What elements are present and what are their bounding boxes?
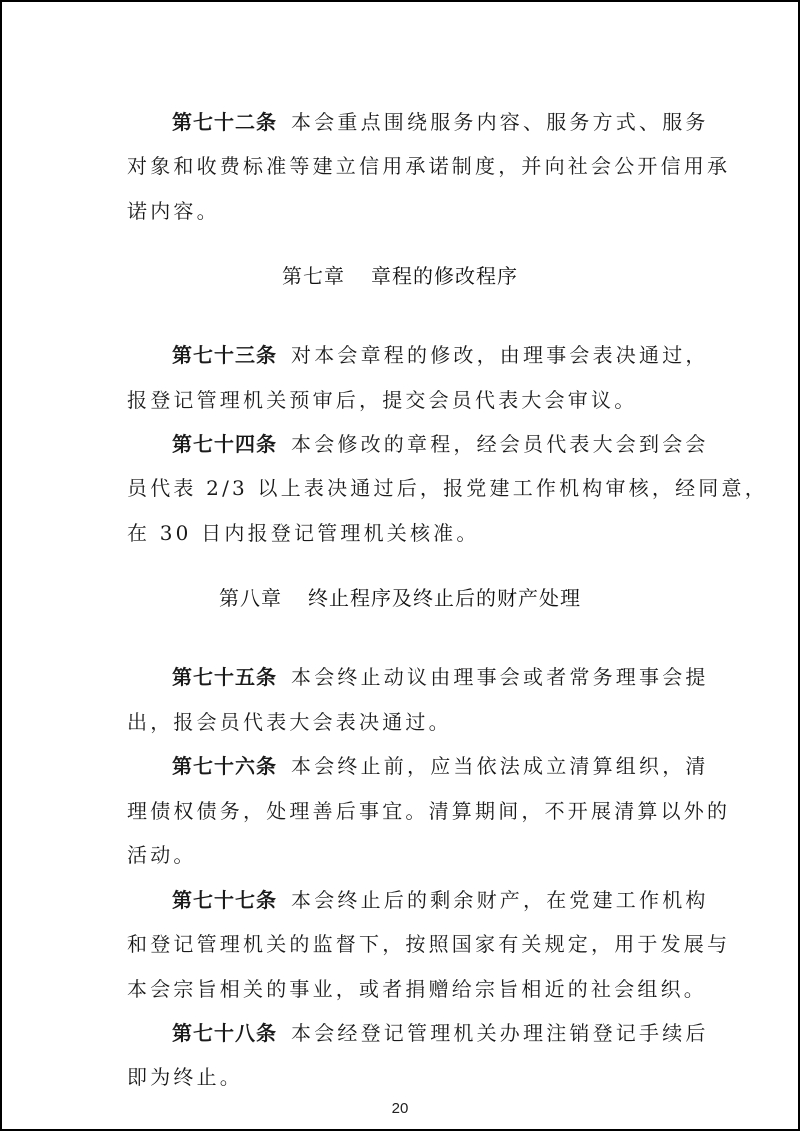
- article-72-line-2: 对象和收费标准等建立信用承诺制度，并向社会公开信用承: [127, 154, 682, 178]
- article-72-line-3: 诺内容。: [127, 199, 682, 223]
- article-number: 第七十六条: [172, 754, 277, 778]
- article-73-line-2: 报登记管理机关预审后，提交会员代表大会审议。: [127, 388, 682, 412]
- chapter-heading-8: 第八章终止程序及终止后的财产处理: [2, 586, 798, 610]
- article-73-line-1: 第七十三条对本会章程的修改，由理事会表决通过，: [172, 343, 682, 367]
- article-72-line-1: 第七十二条本会重点围绕服务内容、服务方式、服务: [172, 110, 682, 134]
- article-74-line-1: 第七十四条本会修改的章程，经会员代表大会到会会: [172, 432, 682, 456]
- article-76-line-2: 理债权债务，处理善后事宜。清算期间，不开展清算以外的: [127, 799, 682, 823]
- article-number: 第七十七条: [172, 888, 277, 912]
- article-77-line-2: 和登记管理机关的监督下，按照国家有关规定，用于发展与: [127, 932, 682, 956]
- article-number: 第七十四条: [172, 432, 277, 456]
- article-number: 第七十二条: [172, 110, 277, 134]
- article-number: 第七十五条: [172, 665, 277, 689]
- article-75-line-1: 第七十五条本会终止动议由理事会或者常务理事会提: [172, 665, 682, 689]
- article-74-line-2: 员代表 2/3 以上表决通过后，报党建工作机构审核，经同意，: [127, 476, 682, 500]
- chapter-heading-7: 第七章章程的修改程序: [2, 264, 798, 288]
- article-78-line-1: 第七十八条本会经登记管理机关办理注销登记手续后: [172, 1021, 682, 1045]
- article-77-line-1: 第七十七条本会终止后的剩余财产，在党建工作机构: [172, 888, 682, 912]
- article-74-line-3: 在 30 日内报登记管理机关核准。: [127, 521, 682, 545]
- article-76-line-1: 第七十六条本会终止前，应当依法成立清算组织，清: [172, 754, 682, 778]
- article-77-line-3: 本会宗旨相关的事业，或者捐赠给宗旨相近的社会组织。: [127, 977, 682, 1001]
- article-75-line-2: 出，报会员代表大会表决通过。: [127, 710, 682, 734]
- article-78-line-2: 即为终止。: [127, 1065, 682, 1089]
- article-76-line-3: 活动。: [127, 843, 682, 867]
- page-number: 20: [2, 1100, 798, 1117]
- article-number: 第七十三条: [172, 343, 277, 367]
- document-page: 第七十二条本会重点围绕服务内容、服务方式、服务 对象和收费标准等建立信用承诺制度…: [0, 0, 800, 1131]
- article-number: 第七十八条: [172, 1021, 277, 1045]
